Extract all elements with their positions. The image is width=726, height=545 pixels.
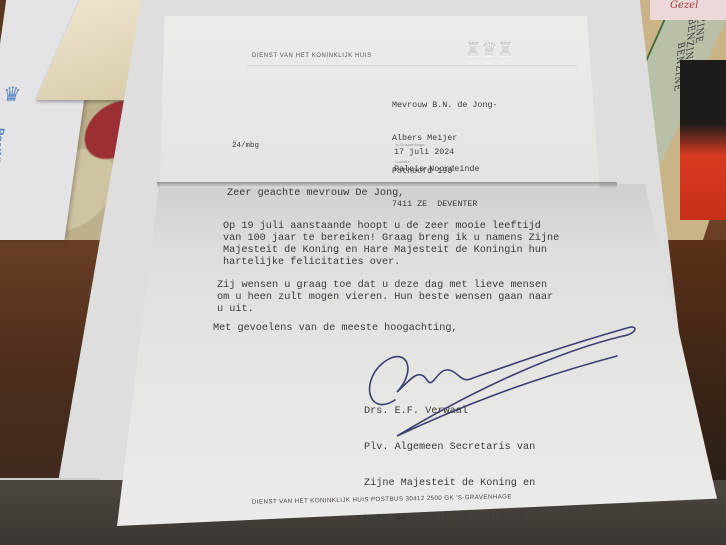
reference: 24/mbg	[232, 142, 259, 150]
letterhead-organization: DIENST VAN HET KONINKLIJK HUIS	[252, 53, 372, 59]
paragraph-1: Op 19 juli aanstaande hoopt u de zeer mo…	[223, 221, 559, 269]
signatory-block: Drs. E.F. Verwaal Plv. Algemeen Secretar…	[364, 382, 535, 545]
photo-scene: BENZINE BENZINE BENZINE Gezel ♛ PostNl D…	[0, 0, 726, 545]
letter-location: Paleis Noordeinde	[394, 164, 479, 174]
letter-date: 17 juli 2024	[394, 147, 454, 157]
postnl-brand: PostNl	[0, 128, 6, 163]
royal-crest-icon: ♜♛♜	[465, 39, 510, 61]
crown-icon: ♛	[1, 82, 22, 107]
letterhead-divider	[247, 65, 577, 66]
letter: DIENST VAN HET KONINKLIJK HUIS ♜♛♜ Mevro…	[117, 16, 717, 526]
salutation: Zeer geachte mevrouw De Jong,	[227, 188, 404, 200]
letter-upper-panel	[160, 16, 605, 188]
